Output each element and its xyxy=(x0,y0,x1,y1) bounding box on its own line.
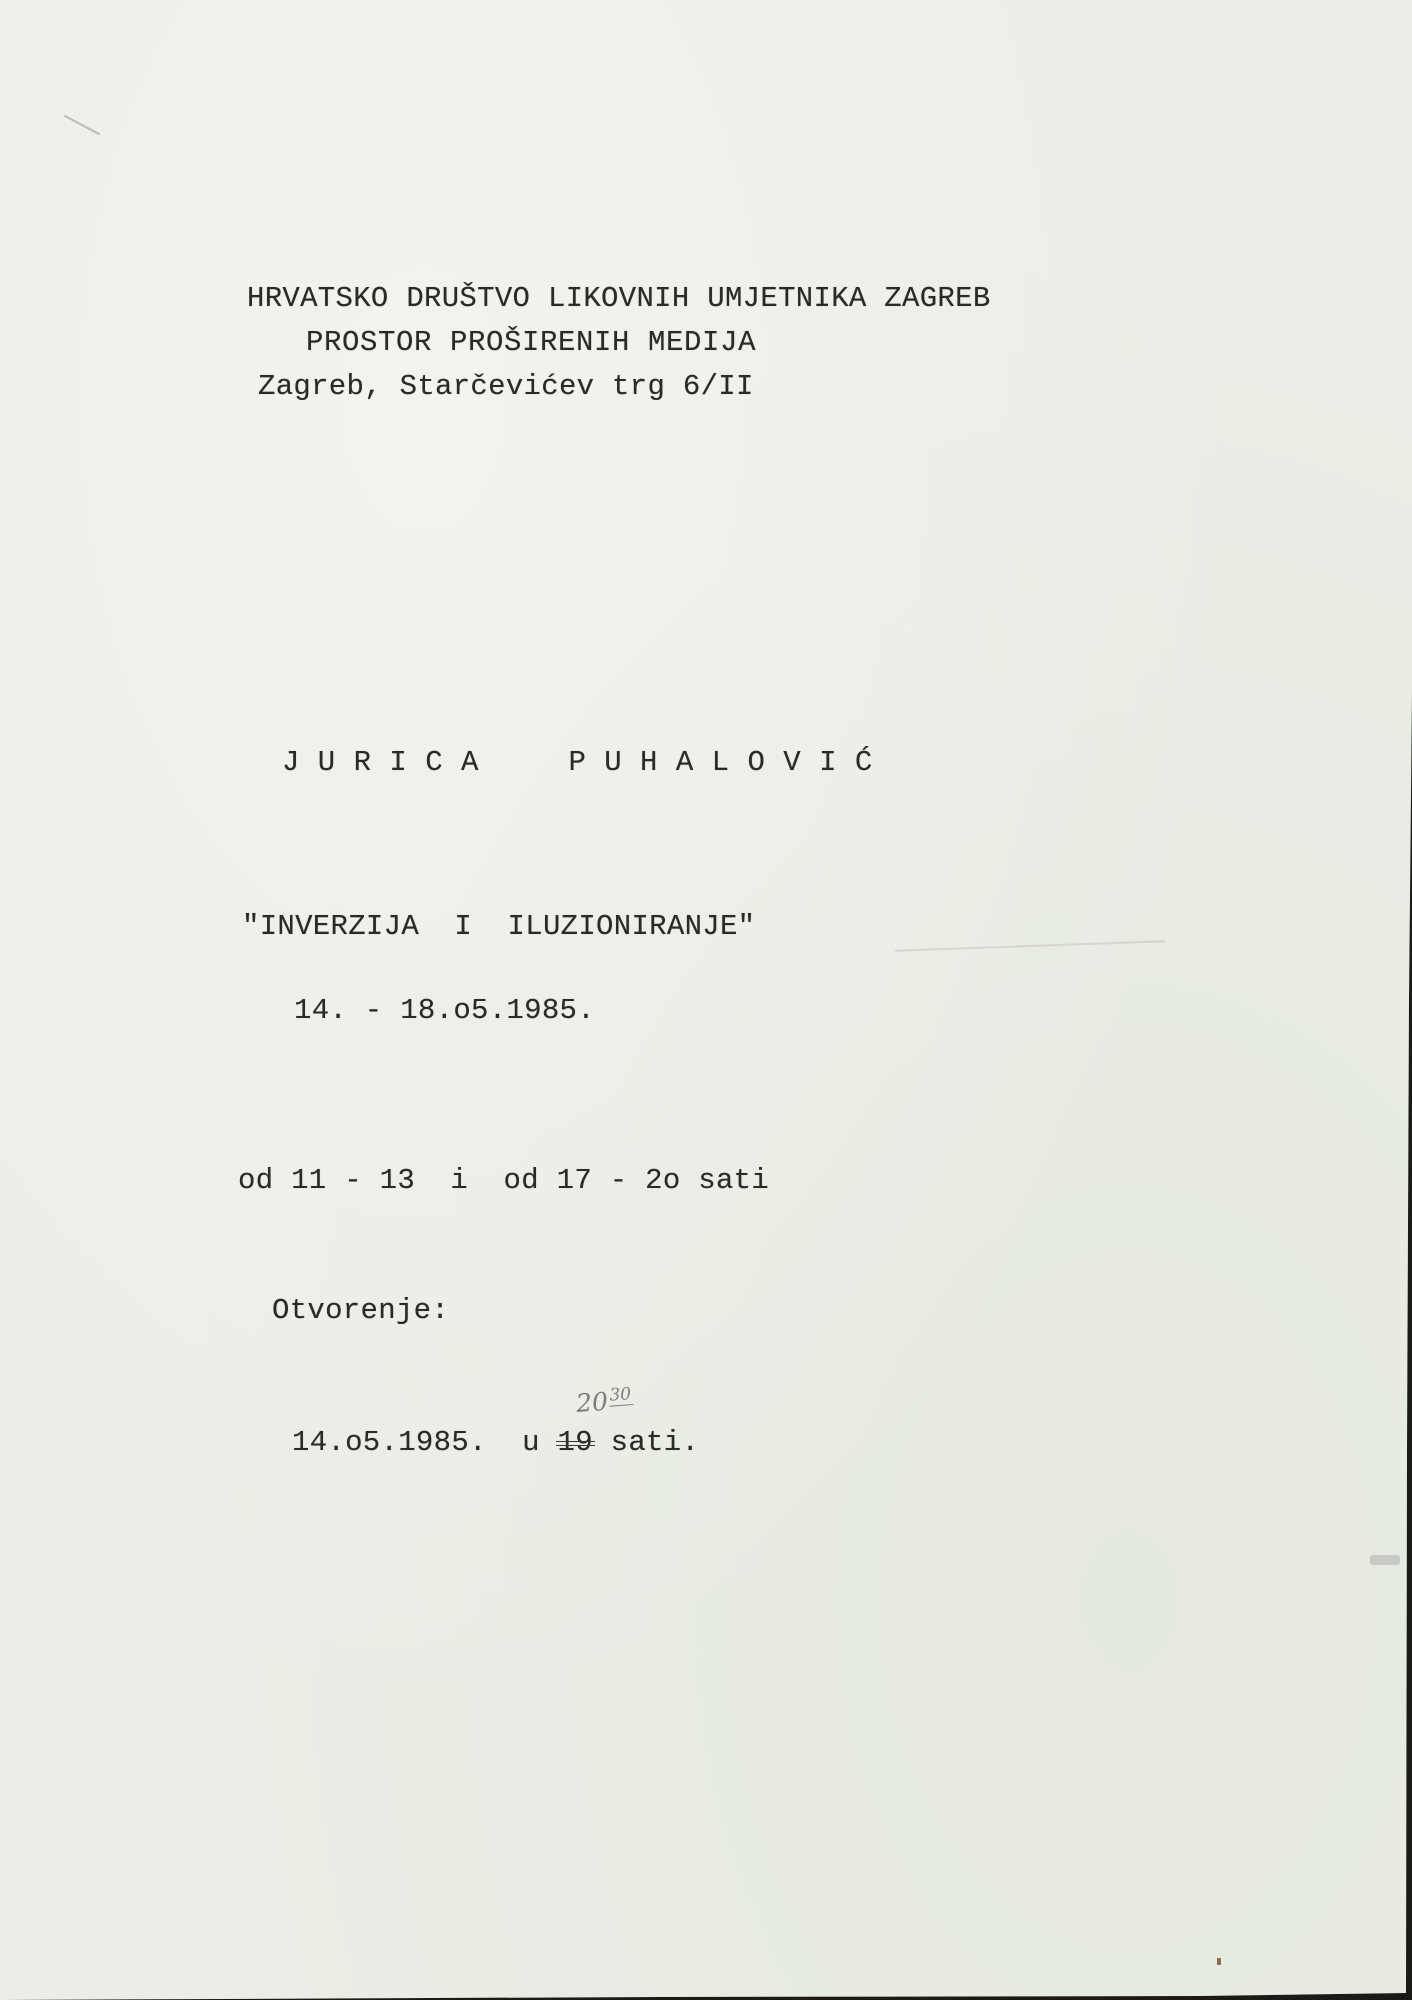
handwritten-minutes: 30 xyxy=(608,1386,634,1407)
paper-speck-mark xyxy=(1217,1958,1221,1965)
artist-name: J U R I C A P U H A L O V I Ć xyxy=(282,748,873,777)
handwritten-hour: 20 xyxy=(575,1387,609,1418)
opening-hours: od 11 - 13 i od 17 - 2o sati xyxy=(238,1166,769,1195)
exhibition-title: "INVERZIJA I ILUZIONIRANJE" xyxy=(242,912,755,941)
paper-stain-mark xyxy=(1370,1555,1400,1565)
opening-suffix: sati. xyxy=(593,1426,699,1459)
struck-time: 19 xyxy=(558,1428,593,1457)
paper-smudge-mark xyxy=(895,940,1165,951)
handwritten-time-correction: 2030 xyxy=(575,1386,634,1416)
paper-scratch-mark xyxy=(64,115,100,136)
department-name: PROSTOR PROŠIRENIH MEDIJA xyxy=(306,328,756,357)
organization-name: HRVATSKO DRUŠTVO LIKOVNIH UMJETNIKA ZAGR… xyxy=(247,284,991,313)
opening-date: 14.o5.1985. u xyxy=(292,1426,558,1459)
address: Zagreb, Starčevićev trg 6/II xyxy=(258,372,754,401)
paper-sheet: HRVATSKO DRUŠTVO LIKOVNIH UMJETNIKA ZAGR… xyxy=(0,0,1412,2000)
opening-label: Otvorenje: xyxy=(272,1296,449,1325)
opening-line: 14.o5.1985. u 19 sati. xyxy=(292,1428,699,1457)
exhibition-dates: 14. - 18.o5.1985. xyxy=(294,996,595,1025)
